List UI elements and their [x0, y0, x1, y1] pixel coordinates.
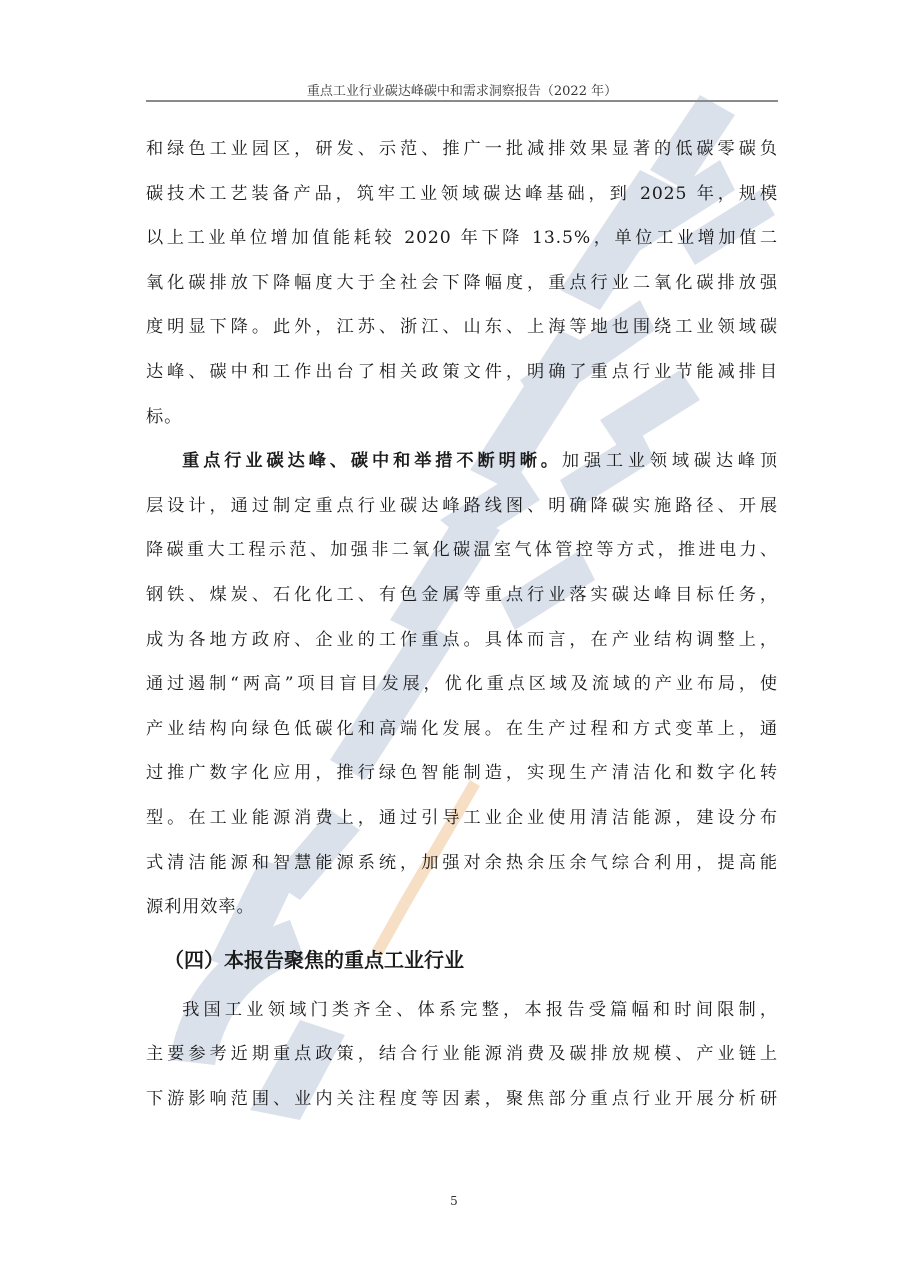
- text-line: 降碳重大工程示范、加强非二氧化碳温室气体管控等方式，推进电力、: [146, 528, 778, 573]
- text-line: 度明显下降。此外，江苏、浙江、山东、上海等地也围绕工业领域碳: [146, 305, 778, 350]
- text-line: 氧化碳排放下降幅度大于全社会下降幅度，重点行业二氧化碳排放强: [146, 261, 778, 306]
- text-line: 层设计，通过制定重点行业碳达峰路线图、明确降碳实施路径、开展: [146, 484, 778, 529]
- text-line: 式清洁能源和智慧能源系统，加强对余热余压余气综合利用，提高能: [146, 841, 778, 886]
- running-header: 重点工业行业碳达峰碳中和需求洞察报告（2022 年）: [146, 80, 778, 99]
- text-line-first: 重点行业碳达峰、碳中和举措不断明晰。加强工业领域碳达峰顶: [146, 439, 778, 484]
- text-line: 型。在工业能源消费上，通过引导工业企业使用清洁能源，建设分布: [146, 796, 778, 841]
- page-number: 5: [0, 1194, 908, 1208]
- paragraph-focus-industries: 我国工业领域门类齐全、体系完整，本报告受篇幅和时间限制， 主要参考近期重点政策，…: [146, 988, 778, 1122]
- text-line: 钢铁、煤炭、石化化工、有色金属等重点行业落实碳达峰目标任务，: [146, 573, 778, 618]
- text-line: 碳技术工艺装备产品，筑牢工业领域碳达峰基础，到 2025 年，规模: [146, 172, 778, 217]
- header-divider: [146, 100, 778, 102]
- text-line: 主要参考近期重点政策，结合行业能源消费及碳排放规模、产业链上: [146, 1032, 778, 1077]
- document-body: 和绿色工业园区，研发、示范、推广一批减排效果显著的低碳零碳负 碳技术工艺装备产品…: [146, 127, 778, 1121]
- text-line: 过推广数字化应用，推行绿色智能制造，实现生产清洁化和数字化转: [146, 751, 778, 796]
- text-line: 以上工业单位增加值能耗较 2020 年下降 13.5%，单位工业增加值二: [146, 216, 778, 261]
- text-line: 成为各地方政府、企业的工作重点。具体而言，在产业结构调整上，: [146, 618, 778, 663]
- text-line: 下游影响范围、业内关注程度等因素，聚焦部分重点行业开展分析研: [146, 1077, 778, 1122]
- text-line: 达峰、碳中和工作出台了相关政策文件，明确了重点行业节能减排目: [146, 350, 778, 395]
- text-line: 和绿色工业园区，研发、示范、推广一批减排效果显著的低碳零碳负: [146, 127, 778, 172]
- paragraph-policy-targets: 和绿色工业园区，研发、示范、推广一批减排效果显著的低碳零碳负 碳技术工艺装备产品…: [146, 127, 778, 439]
- section-heading: （四）本报告聚焦的重点工业行业: [164, 946, 778, 974]
- text-line: 产业结构向绿色低碳化和高端化发展。在生产过程和方式变革上，通: [146, 707, 778, 752]
- paragraph-measures: 重点行业碳达峰、碳中和举措不断明晰。加强工业领域碳达峰顶 层设计，通过制定重点行…: [146, 439, 778, 930]
- text-line-first: 我国工业领域门类齐全、体系完整，本报告受篇幅和时间限制，: [146, 988, 778, 1033]
- text-line: 源利用效率。: [146, 885, 778, 930]
- text-line: 标。: [146, 395, 778, 440]
- paragraph-lead-bold: 重点行业碳达峰、碳中和举措不断明晰。: [182, 451, 562, 471]
- text-run: 加强工业领域碳达峰顶: [562, 451, 778, 471]
- text-line: 通过遏制“两高”项目盲目发展，优化重点区域及流域的产业布局，使: [146, 662, 778, 707]
